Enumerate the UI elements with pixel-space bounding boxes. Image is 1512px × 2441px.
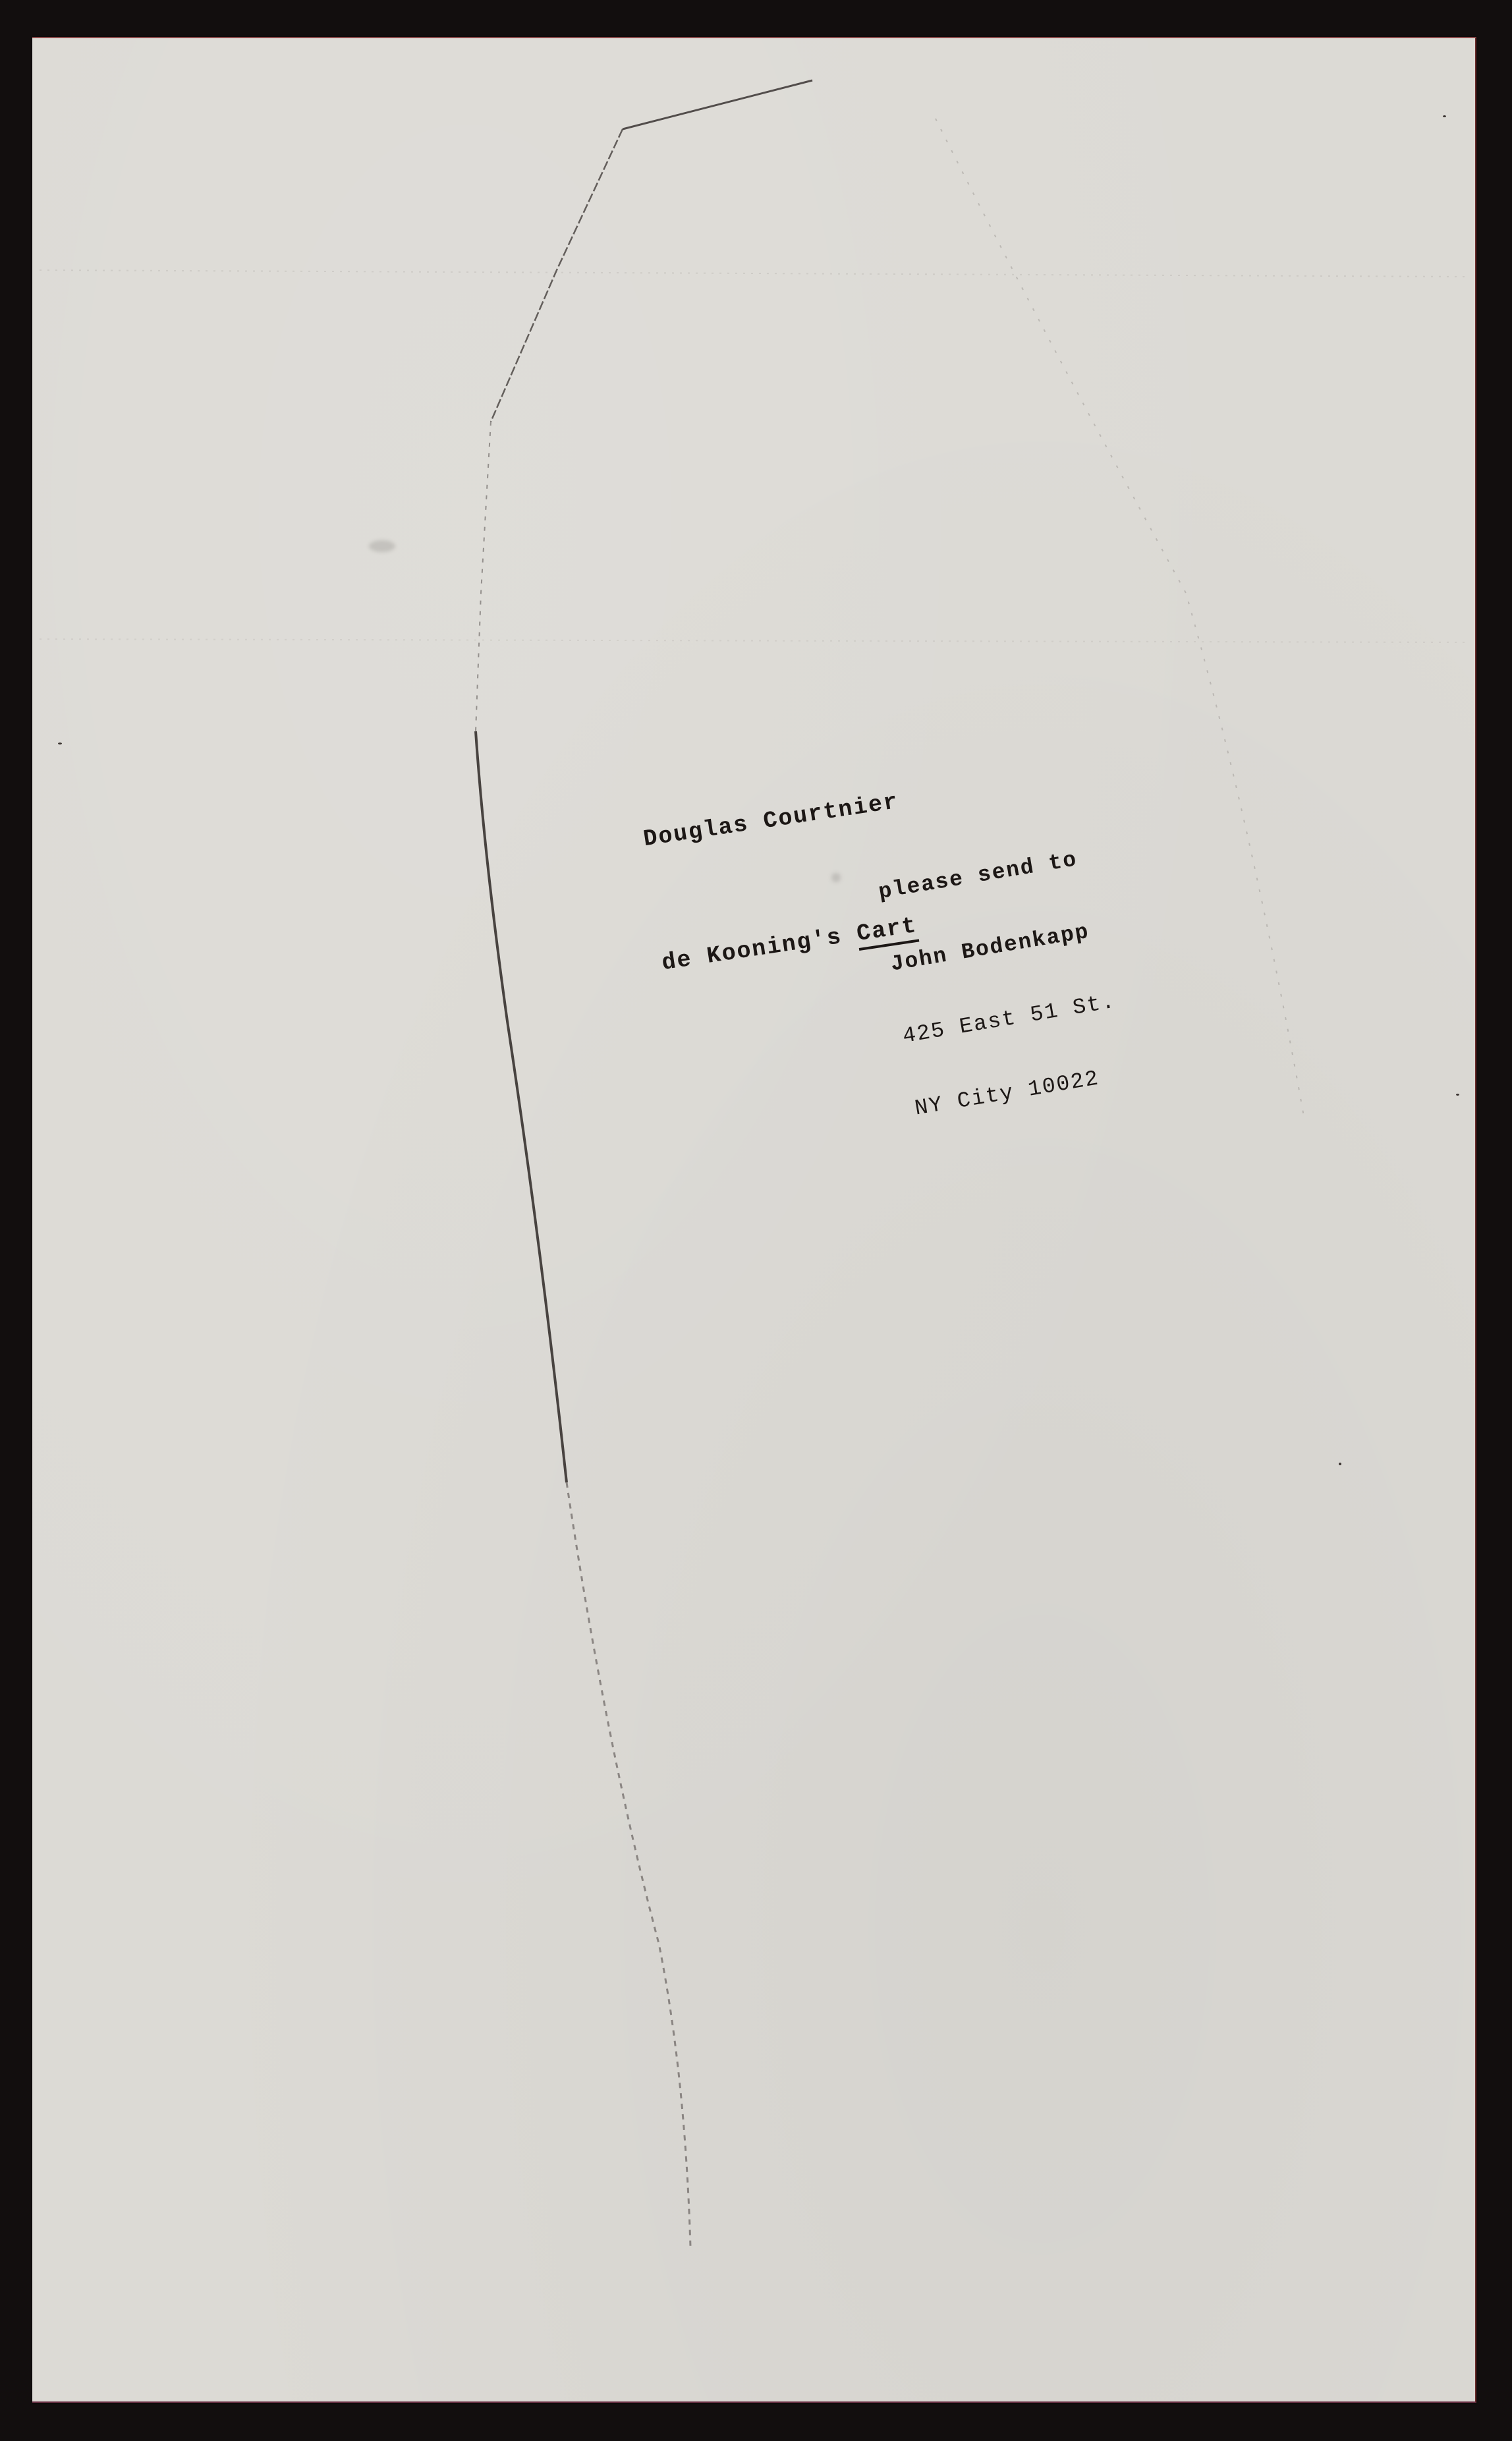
- address-line-recipient: John Bodenkapp: [889, 917, 1106, 976]
- paper-speck: [1443, 115, 1446, 117]
- title-line-2: de Kooning's Cart: [597, 888, 923, 1009]
- typed-title-note: Douglas Courtnier de Kooning's Cart: [571, 715, 926, 1034]
- address-line-street: 425 East 51 St.: [901, 990, 1117, 1049]
- paper-sheet: [32, 37, 1476, 2403]
- title-line-1: Douglas Courtnier: [578, 764, 904, 885]
- author-name-text: Douglas Courtnier: [642, 789, 901, 853]
- address-line-city: NY City 10022: [913, 1061, 1130, 1121]
- artist-possessive-text: de Kooning's: [660, 921, 859, 976]
- paper-speck: [1339, 1463, 1341, 1465]
- paper-speck: [58, 743, 62, 744]
- address-line-instruction: please send to: [877, 845, 1094, 905]
- paper-speck: [1456, 1094, 1459, 1096]
- ink-smudge: [831, 873, 841, 882]
- ink-smudge: [369, 540, 395, 552]
